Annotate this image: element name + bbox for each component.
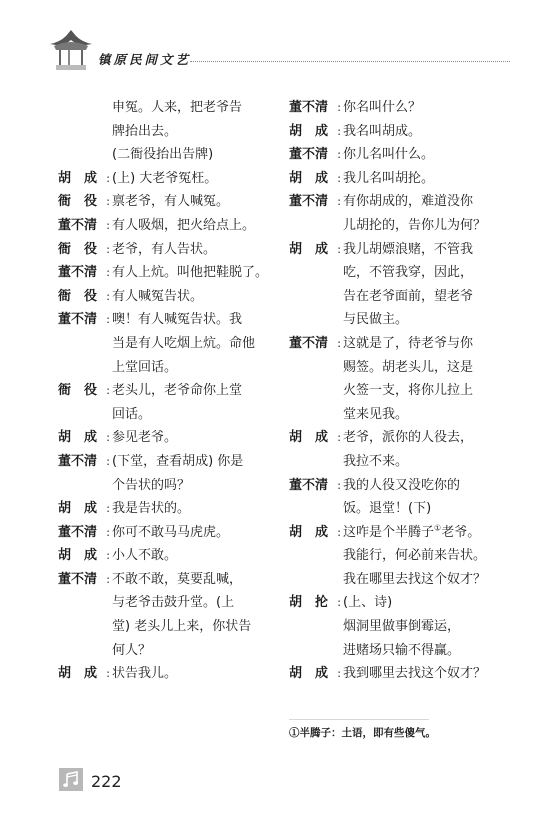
speaker-name: 胡 成 <box>289 662 328 686</box>
dialogue-line: 你儿名叫什么。 <box>343 143 521 167</box>
speaker-name: 董不清 <box>58 261 97 285</box>
dialogue-line: (下堂，查看胡成) 你是 <box>112 450 290 474</box>
dialogue-line: 回话。 <box>112 403 290 427</box>
dialogue-line: 有人上炕。叫他把鞋脱了。 <box>112 261 290 285</box>
dialogue-entry: 胡 成: 状告我儿。 <box>58 662 290 686</box>
book-title: 镇原民间文艺 <box>98 50 191 68</box>
header-divider <box>190 61 510 62</box>
dialogue-line: 这就是了，待老爷与你 <box>343 332 521 356</box>
speaker-name: 董不清 <box>58 308 97 332</box>
footnote-divider <box>289 719 429 720</box>
stage-direction: (二衙役抬出告牌) <box>112 143 290 167</box>
dialogue-line: 牌抬出去。 <box>112 120 290 144</box>
dialogue-line: 我儿胡嫖浪赌，不管我 <box>343 238 521 262</box>
dialogue-entry: 衙 役: 有人喊冤告状。 <box>58 285 290 309</box>
dialogue-entry: 董不清: 你可不敢马马虎虎。 <box>58 521 290 545</box>
dialogue-line: 这咋是个半腾子①老爷。 <box>343 521 521 545</box>
dialogue-entry: 胡 成: 老爷，派你的人役去， 我拉不来。 <box>289 426 521 473</box>
dialogue-entry: 董不清: 噢！有人喊冤告状。我 当是有人吃烟上炕。命他 上堂回话。 <box>58 308 290 379</box>
speaker-name: 董不清 <box>289 190 328 214</box>
speaker-name: 衙 役 <box>58 190 97 214</box>
speaker-name: 胡 抡 <box>289 591 328 615</box>
dialogue-entry: 董不清: 不敢不敢，莫要乱喊， 与老爷击鼓升堂。(上 堂) 老头儿上来，你状告 … <box>58 568 290 662</box>
dialogue-entry: 董不清: (下堂，查看胡成) 你是 个告状的吗？ <box>58 450 290 497</box>
page-header: 镇原民间文艺 <box>48 28 498 78</box>
speaker-name: 胡 成 <box>58 662 97 686</box>
speaker-name: 衙 役 <box>58 238 97 262</box>
dialogue-line: 堂来见我。 <box>343 403 521 427</box>
dialogue-line: 我的人役又没吃你的 <box>343 474 521 498</box>
dialogue-entry: 胡 成: (上) 大老爷冤枉。 <box>58 167 290 191</box>
dialogue-entry: 董不清: 你名叫什么？ <box>289 96 521 120</box>
speaker-name: 胡 成 <box>289 167 328 191</box>
dialogue-line: 申冤。人来，把老爷告 <box>112 96 290 120</box>
poem-line: 进赌场只输不得赢。 <box>343 639 521 663</box>
pavilion-icon <box>48 28 94 72</box>
dialogue-entry: 申冤。人来，把老爷告 牌抬出去。 (二衙役抬出告牌) <box>58 96 290 167</box>
stage-direction: (上、诗) <box>343 591 521 615</box>
dialogue-line: 我能行，何必前来告状。 <box>343 544 521 568</box>
speaker-name: 董不清 <box>58 214 97 238</box>
dialogue-entry: 胡 抡: (上、诗) 烟洞里做事倒霉运， 进赌场只输不得赢。 <box>289 591 521 662</box>
dialogue-entry: 胡 成: 我儿胡嫖浪赌，不管我 吃，不管我穿，因此， 告在老爷面前，望老爷 与民… <box>289 238 521 332</box>
speaker-name: 衙 役 <box>58 379 97 403</box>
dialogue-line: 有人喊冤告状。 <box>112 285 290 309</box>
dialogue-line: 有人吸烟，把火给点上。 <box>112 214 290 238</box>
speaker-name: 董不清 <box>289 332 328 356</box>
speaker-name: 胡 成 <box>289 238 328 262</box>
dialogue-line: 与民做主。 <box>343 308 521 332</box>
dialogue-line: 饭。退堂！(下) <box>343 497 521 521</box>
dialogue-line: 老爷，派你的人役去， <box>343 426 521 450</box>
dialogue-line: 何人？ <box>112 639 290 663</box>
dialogue-entry: 胡 成: 我是告状的。 <box>58 497 290 521</box>
dialogue-line: 上堂回话。 <box>112 356 290 380</box>
dialogue-entry: 衙 役: 老爷，有人告状。 <box>58 238 290 262</box>
speaker-name: 胡 成 <box>58 167 97 191</box>
dialogue-entry: 董不清: 有你胡成的，难道没你 儿胡抡的，告你儿为何？ <box>289 190 521 237</box>
dialogue-entry: 胡 成: 参见老爷。 <box>58 426 290 450</box>
page-number: 222 <box>91 772 122 791</box>
dialogue-line: 小人不敢。 <box>112 544 290 568</box>
right-column: 董不清: 你名叫什么？ 胡 成: 我名叫胡成。 董不清: 你儿名叫什么。 胡 成… <box>289 96 521 686</box>
dialogue-line: 噢！有人喊冤告状。我 <box>112 308 290 332</box>
dialogue-entry: 董不清: 这就是了，待老爷与你 赐签。胡老头儿，这是 火签一支，将你儿拉上 堂来… <box>289 332 521 426</box>
speaker-name: 衙 役 <box>58 285 97 309</box>
dialogue-entry: 胡 成: 我到哪里去找这个奴才？ <box>289 662 521 686</box>
dialogue-line: 你名叫什么？ <box>343 96 521 120</box>
dialogue-line: 我名叫胡成。 <box>343 120 521 144</box>
dialogue-entry: 胡 成: 这咋是个半腾子①老爷。 我能行，何必前来告状。 我在哪里去找这个奴才？ <box>289 521 521 592</box>
speaker-name: 胡 成 <box>289 521 328 545</box>
dialogue-line: 与老爷击鼓升堂。(上 <box>112 591 290 615</box>
dialogue-entry: 衙 役: 老头儿，老爷命你上堂 回话。 <box>58 379 290 426</box>
dialogue-line: 吃，不管我穿，因此， <box>343 261 521 285</box>
speaker-name: 董不清 <box>58 450 97 474</box>
poem-line: 烟洞里做事倒霉运， <box>343 615 521 639</box>
footnote: ①半腾子：土语，即有些傻气。 <box>289 725 436 740</box>
dialogue-line: (上) 大老爷冤枉。 <box>112 167 290 191</box>
dialogue-line: 老爷，有人告状。 <box>112 238 290 262</box>
dialogue-line: 参见老爷。 <box>112 426 290 450</box>
dialogue-line: 儿胡抡的，告你儿为何？ <box>343 214 521 238</box>
dialogue-entry: 衙 役: 禀老爷，有人喊冤。 <box>58 190 290 214</box>
dialogue-entry: 董不清: 我的人役又没吃你的 饭。退堂！(下) <box>289 474 521 521</box>
dialogue-line: 老头儿，老爷命你上堂 <box>112 379 290 403</box>
dialogue-line: 禀老爷，有人喊冤。 <box>112 190 290 214</box>
dialogue-entry: 胡 成: 小人不敢。 <box>58 544 290 568</box>
speaker-name: 董不清 <box>289 474 328 498</box>
dialogue-line: 我是告状的。 <box>112 497 290 521</box>
dialogue-line: 有你胡成的，难道没你 <box>343 190 521 214</box>
dialogue-entry: 董不清: 你儿名叫什么。 <box>289 143 521 167</box>
speaker-name: 胡 成 <box>289 426 328 450</box>
dialogue-line: 个告状的吗？ <box>112 474 290 498</box>
speaker-name: 胡 成 <box>58 426 97 450</box>
speaker-name: 董不清 <box>58 521 97 545</box>
speaker-name: 董不清 <box>289 143 328 167</box>
dialogue-entry: 董不清: 有人上炕。叫他把鞋脱了。 <box>58 261 290 285</box>
dialogue-entry: 董不清: 有人吸烟，把火给点上。 <box>58 214 290 238</box>
dialogue-line: 我到哪里去找这个奴才？ <box>343 662 521 686</box>
dialogue-line: 赐签。胡老头儿，这是 <box>343 356 521 380</box>
dialogue-line: 你可不敢马马虎虎。 <box>112 521 290 545</box>
dialogue-line: 我在哪里去找这个奴才？ <box>343 568 521 592</box>
dialogue-line: 我儿名叫胡抡。 <box>343 167 521 191</box>
dialogue-entry: 胡 成: 我名叫胡成。 <box>289 120 521 144</box>
speaker-name: 董不清 <box>58 568 97 592</box>
dialogue-line: 告在老爷面前，望老爷 <box>343 285 521 309</box>
speaker-name: 胡 成 <box>58 497 97 521</box>
music-note-icon <box>59 768 83 791</box>
speaker-name: 胡 成 <box>289 120 328 144</box>
dialogue-line: 堂) 老头儿上来，你状告 <box>112 615 290 639</box>
dialogue-line: 不敢不敢，莫要乱喊， <box>112 568 290 592</box>
dialogue-line: 火签一支，将你儿拉上 <box>343 379 521 403</box>
dialogue-line: 状告我儿。 <box>112 662 290 686</box>
speaker-name: 董不清 <box>289 96 328 120</box>
dialogue-line: 我拉不来。 <box>343 450 521 474</box>
dialogue-entry: 胡 成: 我儿名叫胡抡。 <box>289 167 521 191</box>
speaker-name: 胡 成 <box>58 544 97 568</box>
dialogue-line: 当是有人吃烟上炕。命他 <box>112 332 290 356</box>
left-column: 申冤。人来，把老爷告 牌抬出去。 (二衙役抬出告牌) 胡 成: (上) 大老爷冤… <box>58 96 290 686</box>
